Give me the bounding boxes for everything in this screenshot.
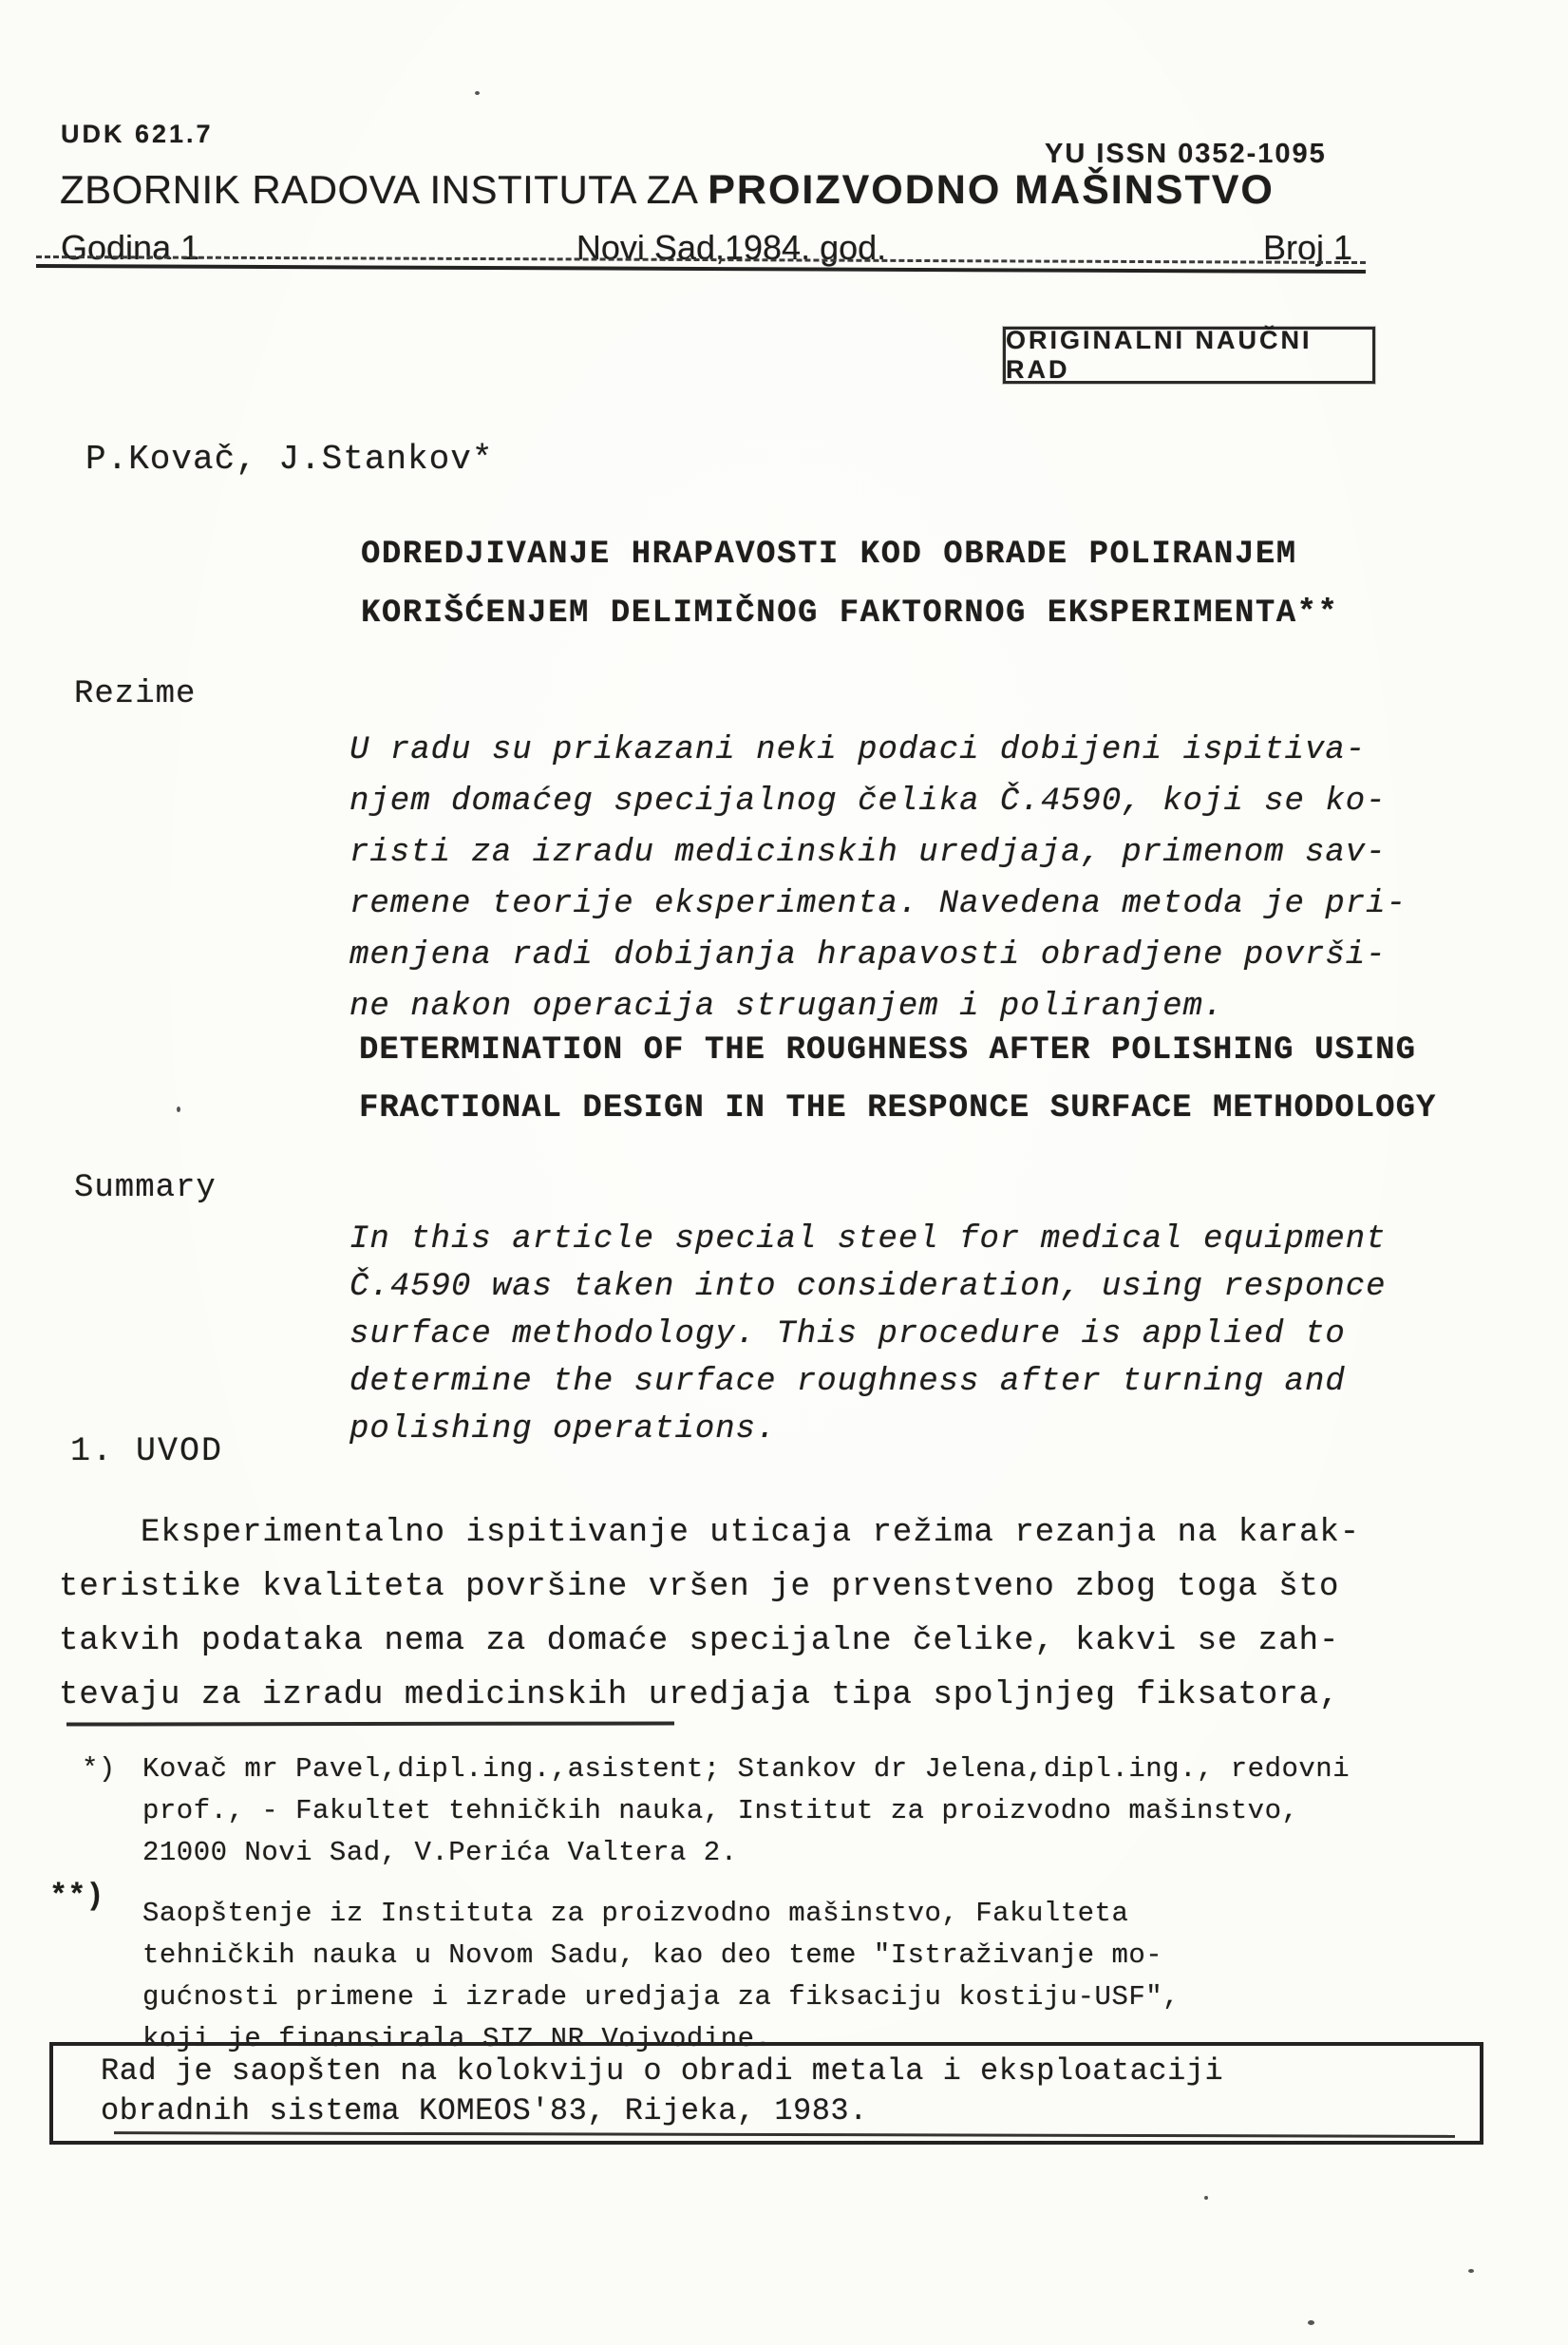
scan-speck [1468, 2269, 1474, 2273]
footnote-separator-rule [66, 1721, 674, 1726]
footnote-2-text: Saopštenje iz Instituta za proizvodno ma… [142, 1893, 1180, 2060]
scan-speck [475, 91, 480, 95]
colloquium-note-text: Rad je saopšten na kolokviju o obradi me… [101, 2052, 1470, 2131]
article-type-label: ORIGINALNI NAUČNI RAD [1006, 326, 1372, 385]
article-title-serbian: ODREDJIVANJE HRAPAVOSTI KOD OBRADE POLIR… [361, 525, 1338, 643]
article-type-badge: ORIGINALNI NAUČNI RAD [1003, 327, 1375, 384]
journal-title-prefix: ZBORNIK RADOVA INSTITUTA ZA [60, 167, 708, 212]
footnote-1-marker: *) [82, 1749, 116, 1790]
scan-speck [1204, 2196, 1208, 2200]
footnote-1-text: Kovač mr Pavel,dipl.ing.,asistent; Stank… [142, 1749, 1350, 1874]
summary-abstract-text: In this article special steel for medica… [349, 1216, 1387, 1453]
section-1-heading: 1. UVOD [70, 1432, 223, 1470]
scanned-journal-page: UDK 621.7 YU ISSN 0352-1095 ZBORNIK RADO… [0, 0, 1568, 2345]
scan-speck [177, 1106, 180, 1112]
authors-line: P.Kovač, J.Stankov* [85, 440, 493, 479]
section-1-paragraph: Eksperimentalno ispitivanje uticaja reži… [59, 1506, 1493, 1723]
udk-number: UDK 621.7 [61, 120, 214, 149]
footnote-2-marker: **) [49, 1879, 104, 1914]
article-title-english: DETERMINATION OF THE ROUGHNESS AFTER POL… [359, 1022, 1436, 1138]
issn-number: YU ISSN 0352-1095 [1045, 139, 1327, 170]
journal-title-bold: PROIZVODNO MAŠINSTVO [708, 167, 1275, 213]
journal-title: ZBORNIK RADOVA INSTITUTA ZA PROIZVODNO M… [60, 167, 1366, 214]
rezime-heading: Rezime [74, 676, 196, 712]
rezime-abstract-text: U radu su prikazani neki podaci dobijeni… [349, 725, 1407, 1032]
summary-heading: Summary [74, 1170, 217, 1206]
colloquium-note-box: Rad je saopšten na kolokviju o obradi me… [49, 2042, 1483, 2145]
scan-speck [1308, 2320, 1314, 2325]
